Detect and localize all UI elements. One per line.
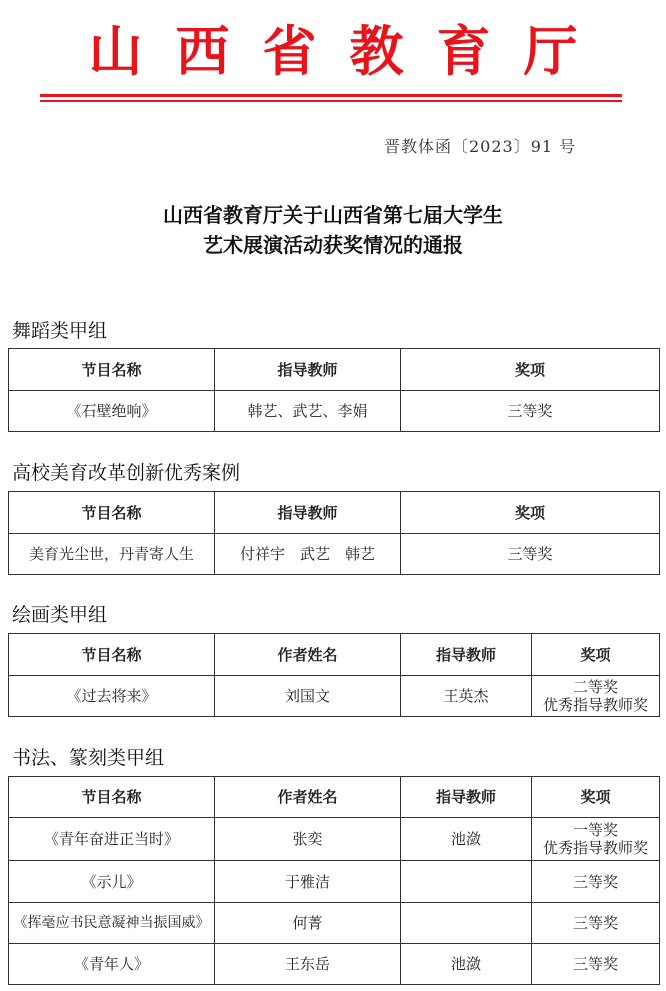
column-header: 奖项	[532, 634, 660, 676]
award-cell: 三等奖	[401, 534, 660, 575]
column-header: 指导教师	[401, 634, 532, 676]
masthead-char: 省	[246, 18, 333, 84]
column-header: 节目名称	[9, 634, 215, 676]
masthead-title: 山 西 省 教 育 厅	[0, 18, 666, 84]
column-header: 节目名称	[9, 492, 215, 534]
table-header-row: 节目名称 作者姓名 指导教师 奖项	[9, 777, 660, 818]
column-header: 作者姓名	[215, 634, 401, 676]
program-name-cell: 《挥毫应书民意凝神当振国威》	[9, 903, 215, 944]
author-cell: 张奕	[215, 818, 401, 861]
program-name-cell: 《示儿》	[9, 861, 215, 903]
award-cell: 三等奖	[532, 903, 660, 944]
document-number: 晋教体函〔2023〕91 号	[384, 134, 576, 157]
author-cell: 王东岳	[215, 944, 401, 985]
section-label-calligraphy: 书法、篆刻类甲组	[12, 743, 164, 770]
red-divider-thick	[40, 94, 622, 97]
section-label-dance: 舞蹈类甲组	[12, 316, 107, 343]
author-cell: 何菁	[215, 903, 401, 944]
teacher-cell	[401, 903, 532, 944]
teachers-cell: 韩艺、武艺、李娟	[215, 391, 401, 432]
award-table-aesthetic-education: 节目名称 指导教师 奖项 美育光尘世，丹青寄人生 付祥宇 武艺 韩艺 三等奖	[8, 491, 660, 575]
award-cell: 一等奖 优秀指导教师奖	[532, 818, 660, 861]
teacher-cell: 池潋	[401, 818, 532, 861]
award-table-painting: 节目名称 作者姓名 指导教师 奖项 《过去将来》 刘国文 王英杰 二等奖 优秀指…	[8, 633, 660, 717]
program-name-cell: 《过去将来》	[9, 676, 215, 717]
masthead-char: 育	[420, 18, 507, 84]
teacher-cell: 王英杰	[401, 676, 532, 717]
masthead-char: 山	[72, 18, 159, 84]
column-header: 指导教师	[215, 492, 401, 534]
award-line: 优秀指导教师奖	[534, 696, 657, 714]
award-line: 一等奖	[534, 821, 657, 839]
table-row: 《挥毫应书民意凝神当振国威》 何菁 三等奖	[9, 903, 660, 944]
column-header: 指导教师	[401, 777, 532, 818]
table-row: 《过去将来》 刘国文 王英杰 二等奖 优秀指导教师奖	[9, 676, 660, 717]
column-header: 奖项	[532, 777, 660, 818]
award-cell: 三等奖	[401, 391, 660, 432]
teachers-cell: 付祥宇 武艺 韩艺	[215, 534, 401, 575]
document-heading-line2: 艺术展演活动获奖情况的通报	[0, 229, 666, 258]
table-row: 《青年人》 王东岳 池潋 三等奖	[9, 944, 660, 985]
program-name-cell: 美育光尘世，丹青寄人生	[9, 534, 215, 575]
masthead-char: 厅	[507, 18, 594, 84]
program-name-cell: 《青年人》	[9, 944, 215, 985]
table-row: 美育光尘世，丹青寄人生 付祥宇 武艺 韩艺 三等奖	[9, 534, 660, 575]
section-label-aesthetic-education: 高校美育改革创新优秀案例	[12, 458, 240, 485]
teacher-cell	[401, 861, 532, 903]
table-row: 《石壁绝响》 韩艺、武艺、李娟 三等奖	[9, 391, 660, 432]
author-cell: 于雅洁	[215, 861, 401, 903]
author-cell: 刘国文	[215, 676, 401, 717]
table-header-row: 节目名称 指导教师 奖项	[9, 349, 660, 391]
red-divider-thin	[40, 100, 622, 102]
program-name-cell: 《青年奋进正当时》	[9, 818, 215, 861]
column-header: 节目名称	[9, 349, 215, 391]
award-table-calligraphy: 节目名称 作者姓名 指导教师 奖项 《青年奋进正当时》 张奕 池潋 一等奖 优秀…	[8, 776, 660, 985]
award-line: 二等奖	[534, 678, 657, 696]
column-header: 奖项	[401, 492, 660, 534]
table-header-row: 节目名称 指导教师 奖项	[9, 492, 660, 534]
award-line: 优秀指导教师奖	[534, 839, 657, 857]
award-cell: 三等奖	[532, 861, 660, 903]
award-cell: 二等奖 优秀指导教师奖	[532, 676, 660, 717]
table-header-row: 节目名称 作者姓名 指导教师 奖项	[9, 634, 660, 676]
program-name-cell: 《石壁绝响》	[9, 391, 215, 432]
award-table-dance: 节目名称 指导教师 奖项 《石壁绝响》 韩艺、武艺、李娟 三等奖	[8, 348, 660, 432]
column-header: 奖项	[401, 349, 660, 391]
column-header: 作者姓名	[215, 777, 401, 818]
teacher-cell: 池潋	[401, 944, 532, 985]
award-cell: 三等奖	[532, 944, 660, 985]
table-row: 《青年奋进正当时》 张奕 池潋 一等奖 优秀指导教师奖	[9, 818, 660, 861]
section-label-painting: 绘画类甲组	[12, 600, 107, 627]
document-heading-line1: 山西省教育厅关于山西省第七届大学生	[0, 199, 666, 228]
column-header: 指导教师	[215, 349, 401, 391]
masthead-char: 西	[159, 18, 246, 84]
masthead-char: 教	[333, 18, 420, 84]
table-row: 《示儿》 于雅洁 三等奖	[9, 861, 660, 903]
column-header: 节目名称	[9, 777, 215, 818]
